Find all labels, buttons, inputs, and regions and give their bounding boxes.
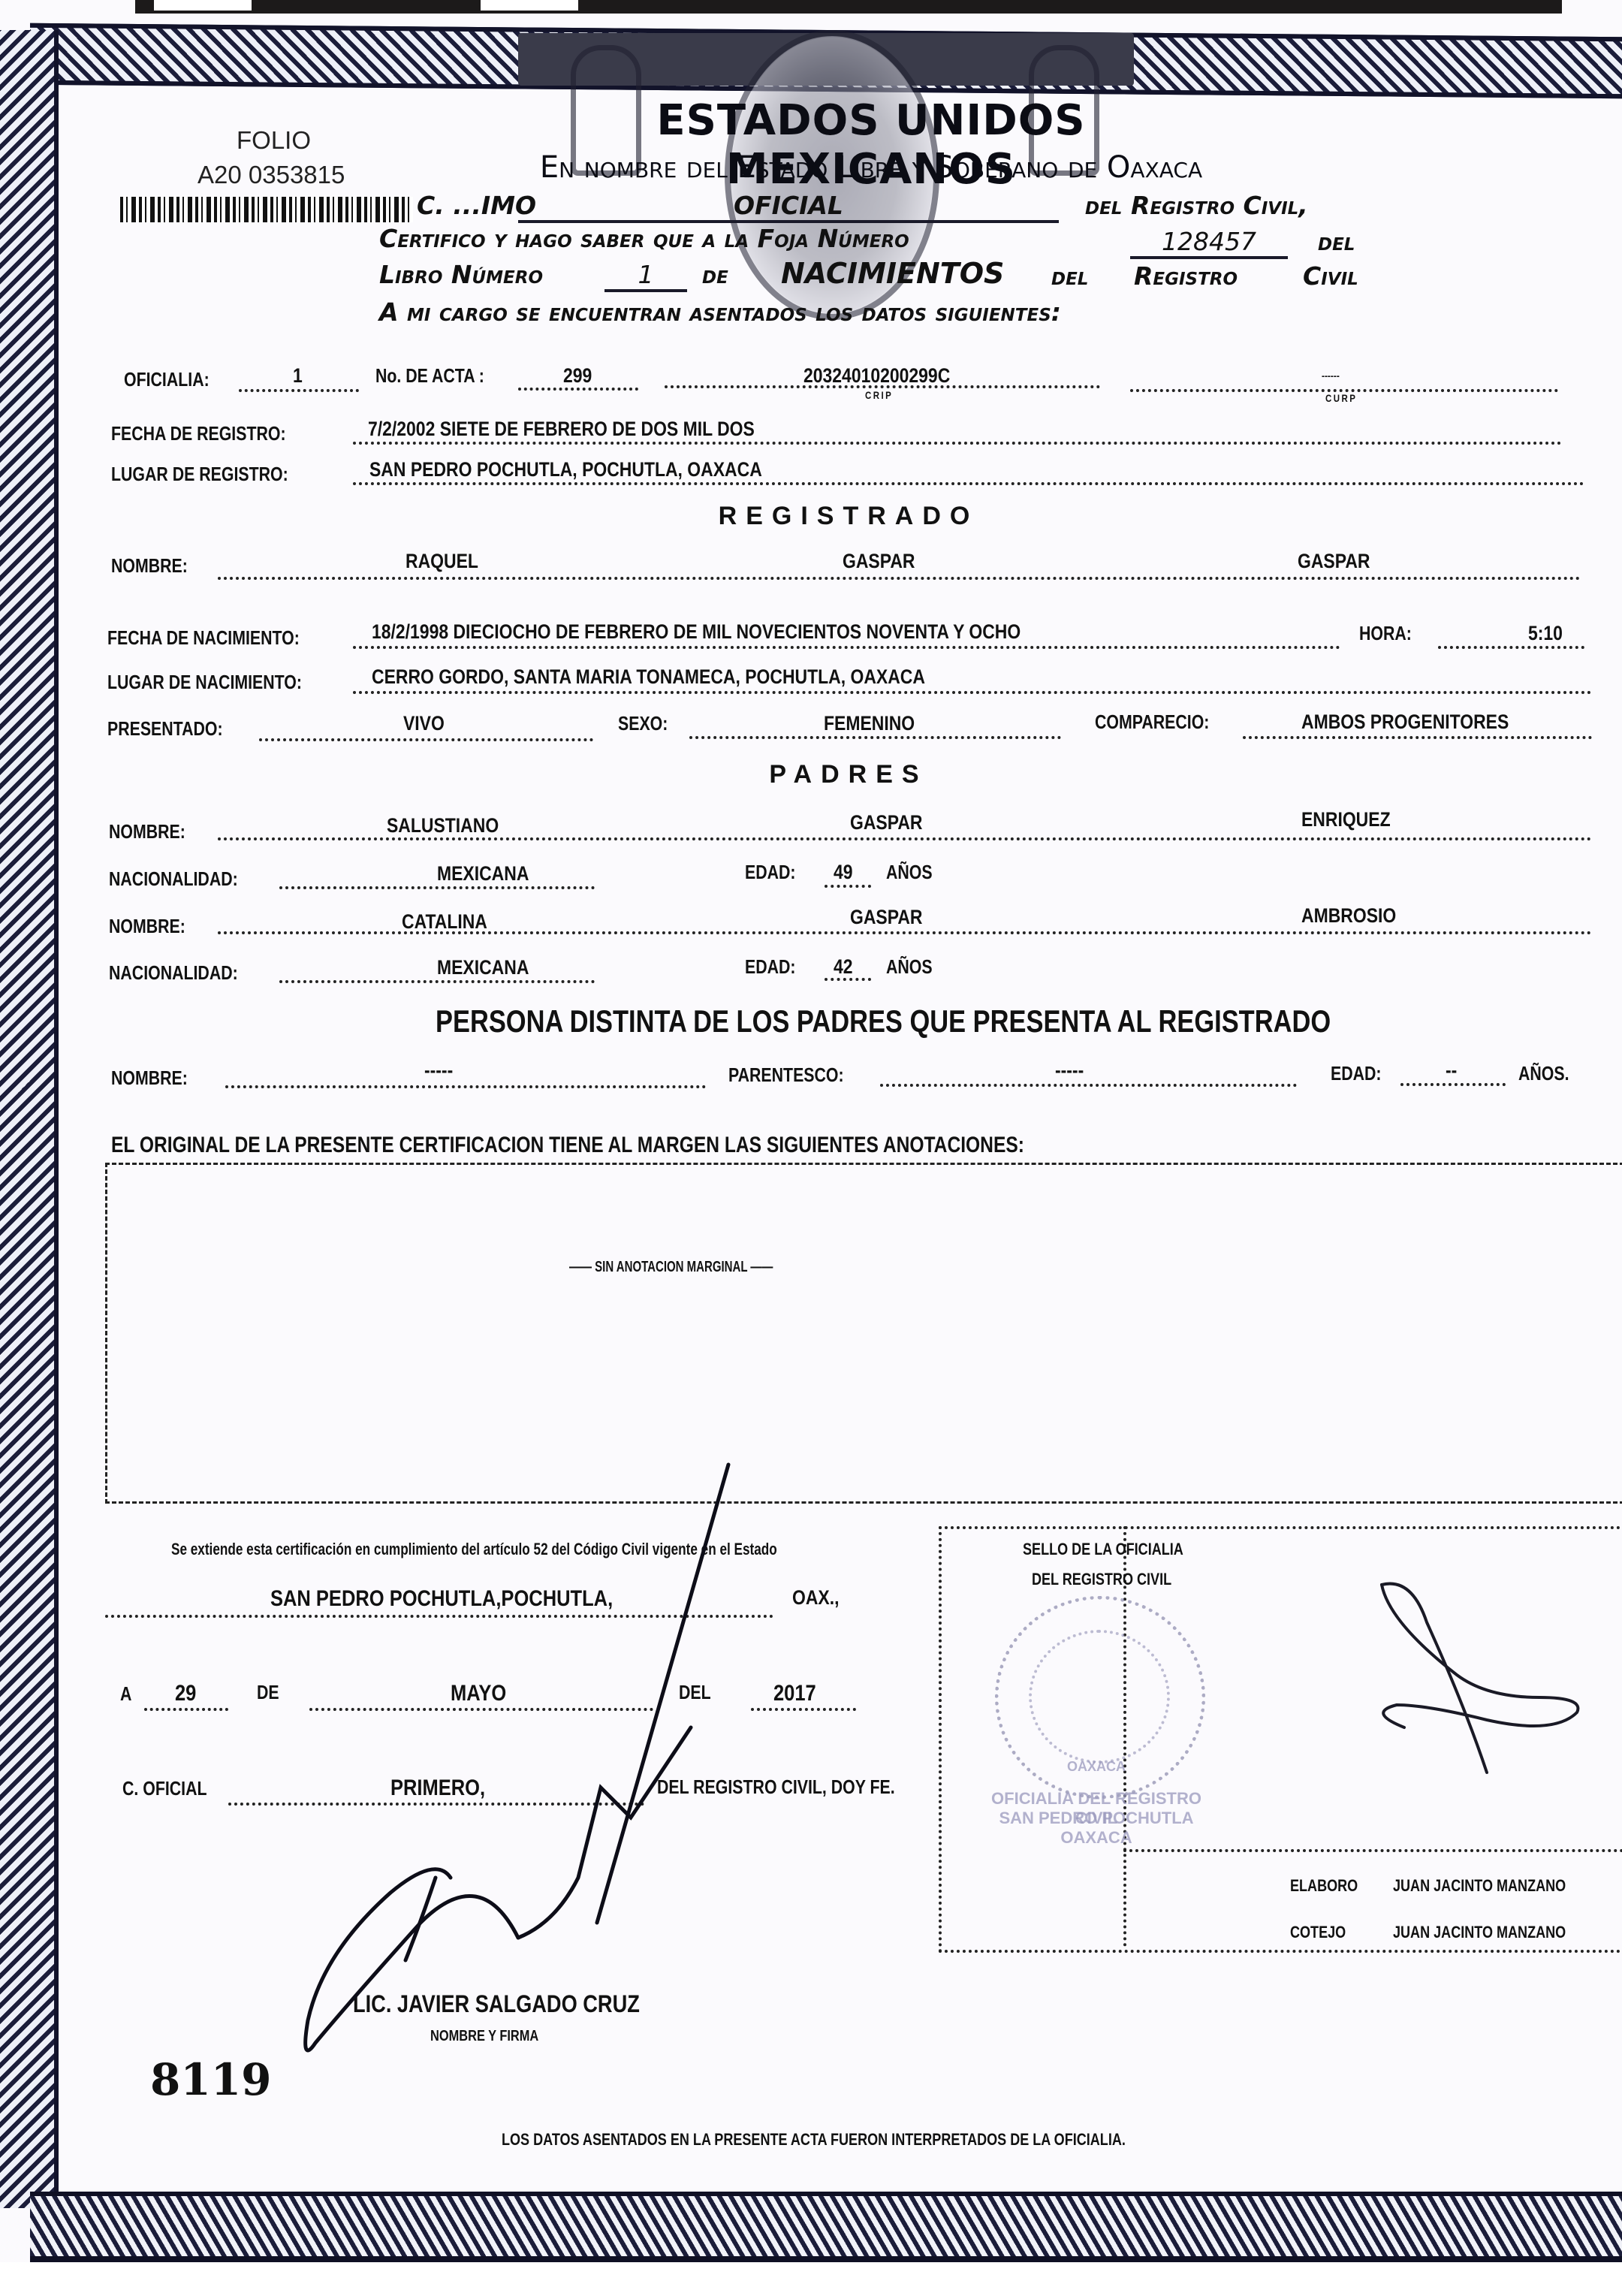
field-line xyxy=(105,1615,773,1618)
field-line xyxy=(353,482,1584,485)
sexo-value: FEMENINO xyxy=(824,712,915,735)
doy-fe-text: DEL REGISTRO CIVIL, DOY FE. xyxy=(657,1776,895,1799)
libro-number: 1 xyxy=(604,260,687,292)
field-line xyxy=(665,385,1100,388)
legal-text: Se extiende esta certificación en cumpli… xyxy=(171,1540,777,1559)
field-line xyxy=(353,691,1592,694)
civil-text: Civil xyxy=(1303,261,1358,291)
field-line xyxy=(353,646,1340,649)
estado-abbr: OAX., xyxy=(792,1586,839,1610)
lugar-registro-value: SAN PEDRO POCHUTLA, POCHUTLA, OAXACA xyxy=(369,458,762,481)
field-line xyxy=(880,1084,1297,1087)
fecha-nacimiento-label: FECHA DE NACIMIENTO: xyxy=(107,626,300,650)
madre-apellido-paterno: GASPAR xyxy=(850,906,922,929)
field-line xyxy=(751,1708,856,1711)
folio-number: A20 0353815 xyxy=(197,161,345,189)
anotaciones-heading: EL ORIGINAL DE LA PRESENTE CERTIFICACION… xyxy=(111,1133,1024,1158)
hora-label: HORA: xyxy=(1359,622,1412,645)
sello-title-2: DEL REGISTRO CIVIL xyxy=(1032,1570,1171,1589)
officer-suffix: del Registro Civil, xyxy=(1085,191,1308,220)
del-label: DEL xyxy=(679,1681,711,1704)
padre-nacionalidad-label: NACIONALIDAD: xyxy=(109,867,238,891)
cotejo-value: JUAN JACINTO MANZANO xyxy=(1393,1923,1566,1942)
control-number: 8119 xyxy=(150,2054,271,2105)
parentesco-label: PARENTESCO: xyxy=(728,1064,844,1087)
stamp-inner-ring xyxy=(1029,1630,1170,1763)
sexo-label: SEXO: xyxy=(618,712,668,735)
field-line xyxy=(279,980,595,983)
libro-label: Libro Número xyxy=(379,260,543,289)
persona-nombre-value: ----- xyxy=(424,1059,453,1082)
lugar-certificacion: SAN PEDRO POCHUTLA,POCHUTLA, xyxy=(270,1586,613,1612)
madre-apellido-materno: AMBROSIO xyxy=(1301,904,1396,928)
field-line xyxy=(309,1708,653,1711)
oficial-ordinal: PRIMERO, xyxy=(390,1776,485,1801)
cotejo-label: COTEJO xyxy=(1290,1923,1346,1942)
comparecio-label: COMPARECIO: xyxy=(1095,711,1209,734)
madre-nacionalidad-value: MEXICANA xyxy=(437,956,529,979)
fecha-nacimiento-value: 18/2/1998 DIECIOCHO DE FEBRERO DE MIL NO… xyxy=(372,620,1021,644)
field-line xyxy=(1243,736,1592,739)
hora-value: 5:10 xyxy=(1528,622,1563,645)
anotaciones-box xyxy=(105,1163,1622,1504)
oficialia-value: 1 xyxy=(293,364,303,388)
c-oficial-label: C. OFICIAL xyxy=(122,1777,207,1800)
state-line: En nombre del Estado Libre y Soberano de… xyxy=(398,150,1344,185)
padre-nombre-value: SALUSTIANO xyxy=(387,814,499,837)
section-registrado: REGISTRADO xyxy=(526,502,1171,531)
padre-nombre-label: NOMBRE: xyxy=(109,820,185,843)
persona-edad-label: EDAD: xyxy=(1331,1062,1382,1085)
stamp-text-2: SAN PEDRO POCHUTLA xyxy=(969,1809,1224,1828)
elaboro-value: JUAN JACINTO MANZANO xyxy=(1393,1876,1566,1896)
field-line xyxy=(228,1803,644,1806)
field-line xyxy=(1438,646,1584,649)
madre-nacionalidad-label: NACIONALIDAD: xyxy=(109,961,238,985)
apellido-paterno-value: GASPAR xyxy=(843,550,915,573)
guilloche-border-left xyxy=(0,30,59,2208)
nombre-label: NOMBRE: xyxy=(111,554,188,578)
curp-label: CURP xyxy=(1325,392,1357,404)
fecha-registro-label: FECHA DE REGISTRO: xyxy=(111,422,286,445)
field-line xyxy=(1400,1083,1506,1086)
folio-label: FOLIO xyxy=(237,126,311,155)
no-acta-value: 299 xyxy=(563,364,592,388)
field-line xyxy=(825,978,871,981)
presentado-value: VIVO xyxy=(403,712,445,735)
padre-apellido-materno: ENRIQUEZ xyxy=(1301,808,1391,831)
a-label: A xyxy=(120,1682,131,1706)
del-text: del xyxy=(1051,261,1088,291)
parentesco-value: ----- xyxy=(1055,1059,1084,1082)
field-line xyxy=(218,837,1592,840)
padre-nacionalidad-value: MEXICANA xyxy=(437,862,529,886)
field-line xyxy=(218,931,1592,934)
anio-value: 2017 xyxy=(773,1681,816,1706)
foja-number: 128457 xyxy=(1130,227,1288,259)
comparecio-value: AMBOS PROGENITORES xyxy=(1301,711,1509,734)
cargo-text: A mi cargo se encuentran asentados los d… xyxy=(379,297,1061,327)
field-line xyxy=(225,1085,706,1088)
de-text: de xyxy=(702,260,728,289)
field-line xyxy=(518,388,638,391)
stamp-center-text: OAXACA xyxy=(1033,1759,1160,1775)
sello-divider xyxy=(1123,1849,1622,1852)
de-label: DE xyxy=(257,1681,279,1704)
guilloche-border-bottom xyxy=(30,2192,1622,2267)
madre-edad-value: 42 xyxy=(834,955,853,979)
nombre-value: RAQUEL xyxy=(405,550,478,573)
fecha-registro-value: 7/2/2002 SIETE DE FEBRERO DE DOS MIL DOS xyxy=(368,418,755,441)
registro-text: Registro xyxy=(1134,261,1238,291)
field-line xyxy=(259,738,593,741)
section-padres: PADRES xyxy=(526,760,1171,789)
barcode xyxy=(120,197,413,222)
field-line xyxy=(689,736,1061,739)
scan-edge-gap xyxy=(154,0,252,11)
elaboro-label: ELABORO xyxy=(1290,1876,1358,1896)
scan-edge-gap xyxy=(481,0,578,11)
officer-title: OFICIAL xyxy=(518,191,1059,223)
del-text: del xyxy=(1318,227,1355,256)
nombre-firma-label: NOMBRE Y FIRMA xyxy=(430,2028,538,2045)
field-line xyxy=(239,389,359,392)
padre-apellido-paterno: GASPAR xyxy=(850,811,922,834)
mes-value: MAYO xyxy=(451,1681,506,1706)
stamp-text-3: OAXACA xyxy=(969,1828,1224,1848)
madre-nombre-label: NOMBRE: xyxy=(109,915,185,938)
field-line xyxy=(144,1708,228,1711)
curp-value: ------ xyxy=(1322,370,1340,382)
oficialia-label: OFICIALIA: xyxy=(124,368,210,391)
apellido-materno-value: GASPAR xyxy=(1298,550,1370,573)
presentado-label: PRESENTADO: xyxy=(107,717,223,741)
persona-anos-label: AÑOS. xyxy=(1518,1062,1569,1085)
firmante-name: LIC. JAVIER SALGADO CRUZ xyxy=(353,1990,640,2018)
lugar-registro-label: LUGAR DE REGISTRO: xyxy=(111,463,288,486)
field-line xyxy=(218,577,1581,580)
dia-value: 29 xyxy=(175,1681,196,1706)
certify-text: Certifico y hago saber que a la Foja Núm… xyxy=(379,224,909,253)
anotaciones-content: —— SIN ANOTACION MARGINAL —— xyxy=(569,1259,773,1276)
madre-nombre-value: CATALINA xyxy=(402,910,487,934)
padre-edad-label: EDAD: xyxy=(745,861,796,884)
madre-edad-label: EDAD: xyxy=(745,955,796,979)
field-line xyxy=(353,442,1562,445)
persona-nombre-label: NOMBRE: xyxy=(111,1067,188,1090)
padre-anos-label: AÑOS xyxy=(886,861,933,884)
padre-edad-value: 49 xyxy=(834,861,853,884)
madre-anos-label: AÑOS xyxy=(886,955,933,979)
book-type: NACIMIENTOS xyxy=(781,257,1004,290)
lugar-nacimiento-value: CERRO GORDO, SANTA MARIA TONAMECA, POCHU… xyxy=(372,665,925,689)
crip-label: CRIP xyxy=(865,389,893,401)
lugar-nacimiento-label: LUGAR DE NACIMIENTO: xyxy=(107,671,302,694)
scan-edge-top xyxy=(135,0,1562,14)
page-margin xyxy=(0,2262,1622,2296)
crip-value: 20324010200299C xyxy=(803,364,950,388)
persona-edad-value: -- xyxy=(1446,1059,1457,1082)
footer-note: LOS DATOS ASENTADOS EN LA PRESENTE ACTA … xyxy=(502,2130,1126,2150)
no-acta-label: No. DE ACTA : xyxy=(375,364,484,388)
sello-title-1: SELLO DE LA OFICIALIA xyxy=(1023,1540,1183,1559)
field-line xyxy=(279,886,595,889)
field-line xyxy=(825,885,871,888)
section-persona-distinta: PERSONA DISTINTA DE LOS PADRES QUE PRESE… xyxy=(436,1003,1331,1039)
